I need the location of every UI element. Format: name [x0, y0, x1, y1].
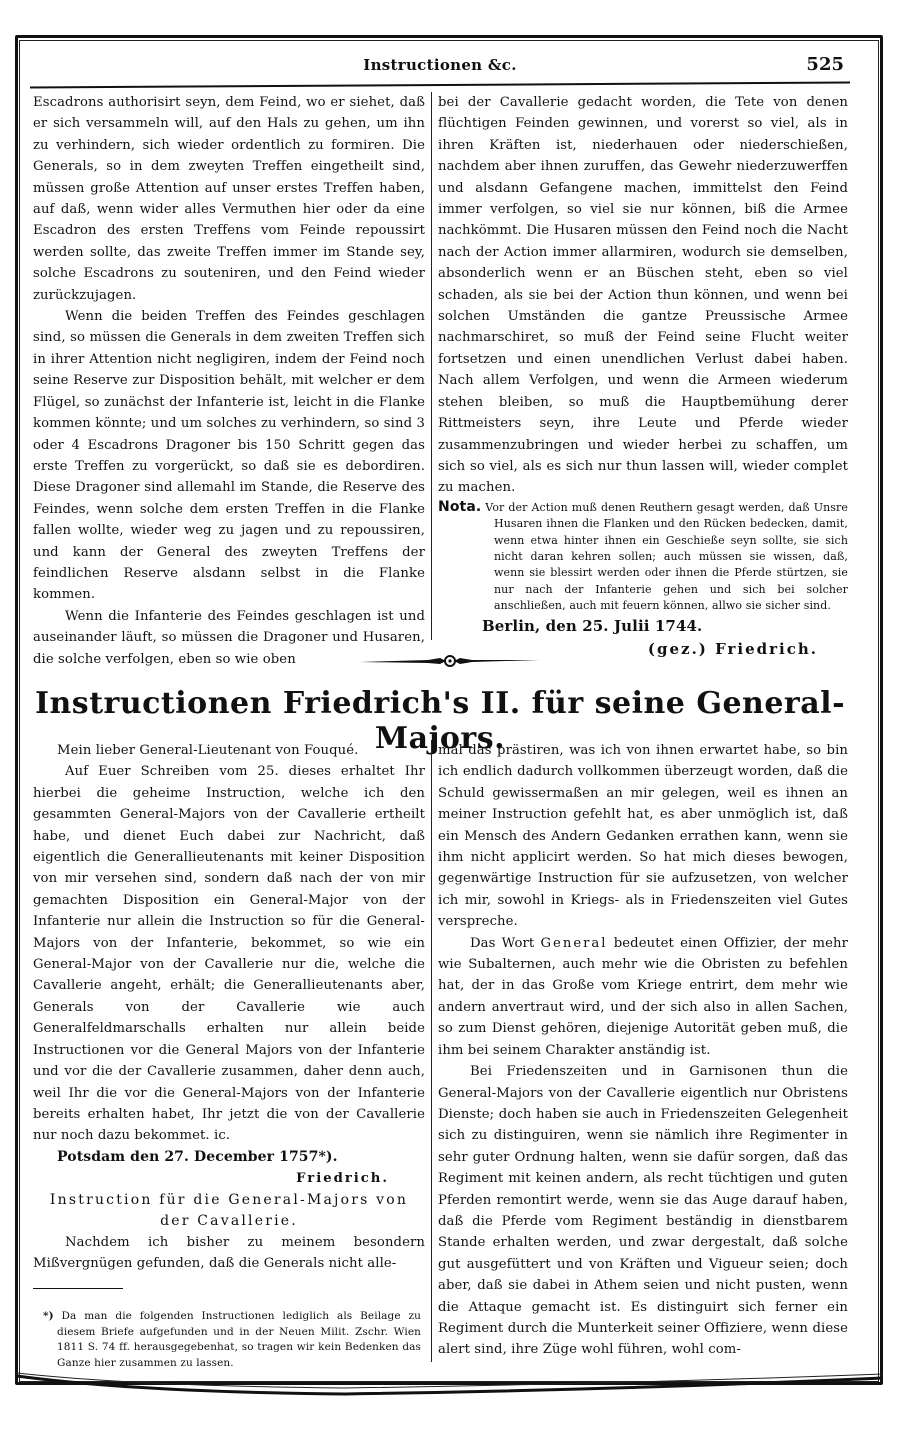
- sub-heading: Instruction für die General-Majors von d…: [33, 1190, 425, 1232]
- paragraph: Wenn die beiden Treffen des Feindes gesc…: [33, 306, 425, 606]
- paragraph: Das Wort General bedeutet einen Offizier…: [438, 933, 848, 1061]
- nota-block: Nota. Vor der Action muß denen Reuthern …: [438, 499, 848, 615]
- running-head: Instructionen &c. 525: [30, 52, 850, 82]
- footnote-mark: *): [43, 1310, 54, 1322]
- nota-text: Vor der Action muß denen Reuthern gesagt…: [485, 501, 848, 612]
- date-line: Berlin, den 25. Julii 1744.: [438, 615, 848, 637]
- letter-body: Auf Euer Schreiben vom 25. dieses erhalt…: [33, 761, 425, 1146]
- footnote-rule: [33, 1288, 123, 1289]
- closing-signature: Friedrich.: [33, 1168, 425, 1189]
- upper-right-column: bei der Cavallerie gedacht worden, die T…: [438, 92, 848, 661]
- paragraph: bei der Cavallerie gedacht worden, die T…: [438, 92, 848, 499]
- ornamental-divider-icon: [358, 654, 542, 668]
- page-bottom-edge: [15, 1372, 885, 1398]
- lower-right-column: mal das prästiren, was ich von ihnen erw…: [438, 740, 848, 1361]
- column-divider: [431, 740, 432, 1362]
- paragraph: Nachdem ich bisher zu meinem besondern M…: [33, 1232, 425, 1275]
- lower-left-column: Mein lieber General-Lieutenant von Fouqu…: [33, 740, 425, 1371]
- running-head-title: Instructionen &c.: [30, 56, 850, 74]
- paragraph: mal das prästiren, was ich von ihnen erw…: [438, 740, 848, 933]
- page-number: 525: [806, 54, 844, 75]
- paragraph: Bei Friedenszeiten und in Garnisonen thu…: [438, 1061, 848, 1361]
- paragraph-rest: bedeutet einen Offizier, der mehr wie Su…: [438, 936, 848, 1058]
- paragraph-lead: Das Wort: [470, 936, 534, 951]
- nota-label: Nota.: [438, 499, 481, 515]
- column-divider: [431, 92, 432, 640]
- emphasized-term: General: [540, 936, 607, 951]
- salutation: Mein lieber General-Lieutenant von Fouqu…: [33, 740, 425, 761]
- paragraph: Escadrons authorisirt seyn, dem Feind, w…: [33, 92, 425, 306]
- footnote-text: Da man die folgenden Instructionen ledig…: [57, 1310, 421, 1369]
- footnote: *) Da man die folgenden Instructionen le…: [33, 1309, 425, 1371]
- closing-date: Potsdam den 27. December 1757*).: [33, 1147, 425, 1168]
- upper-left-column: Escadrons authorisirt seyn, dem Feind, w…: [33, 92, 425, 670]
